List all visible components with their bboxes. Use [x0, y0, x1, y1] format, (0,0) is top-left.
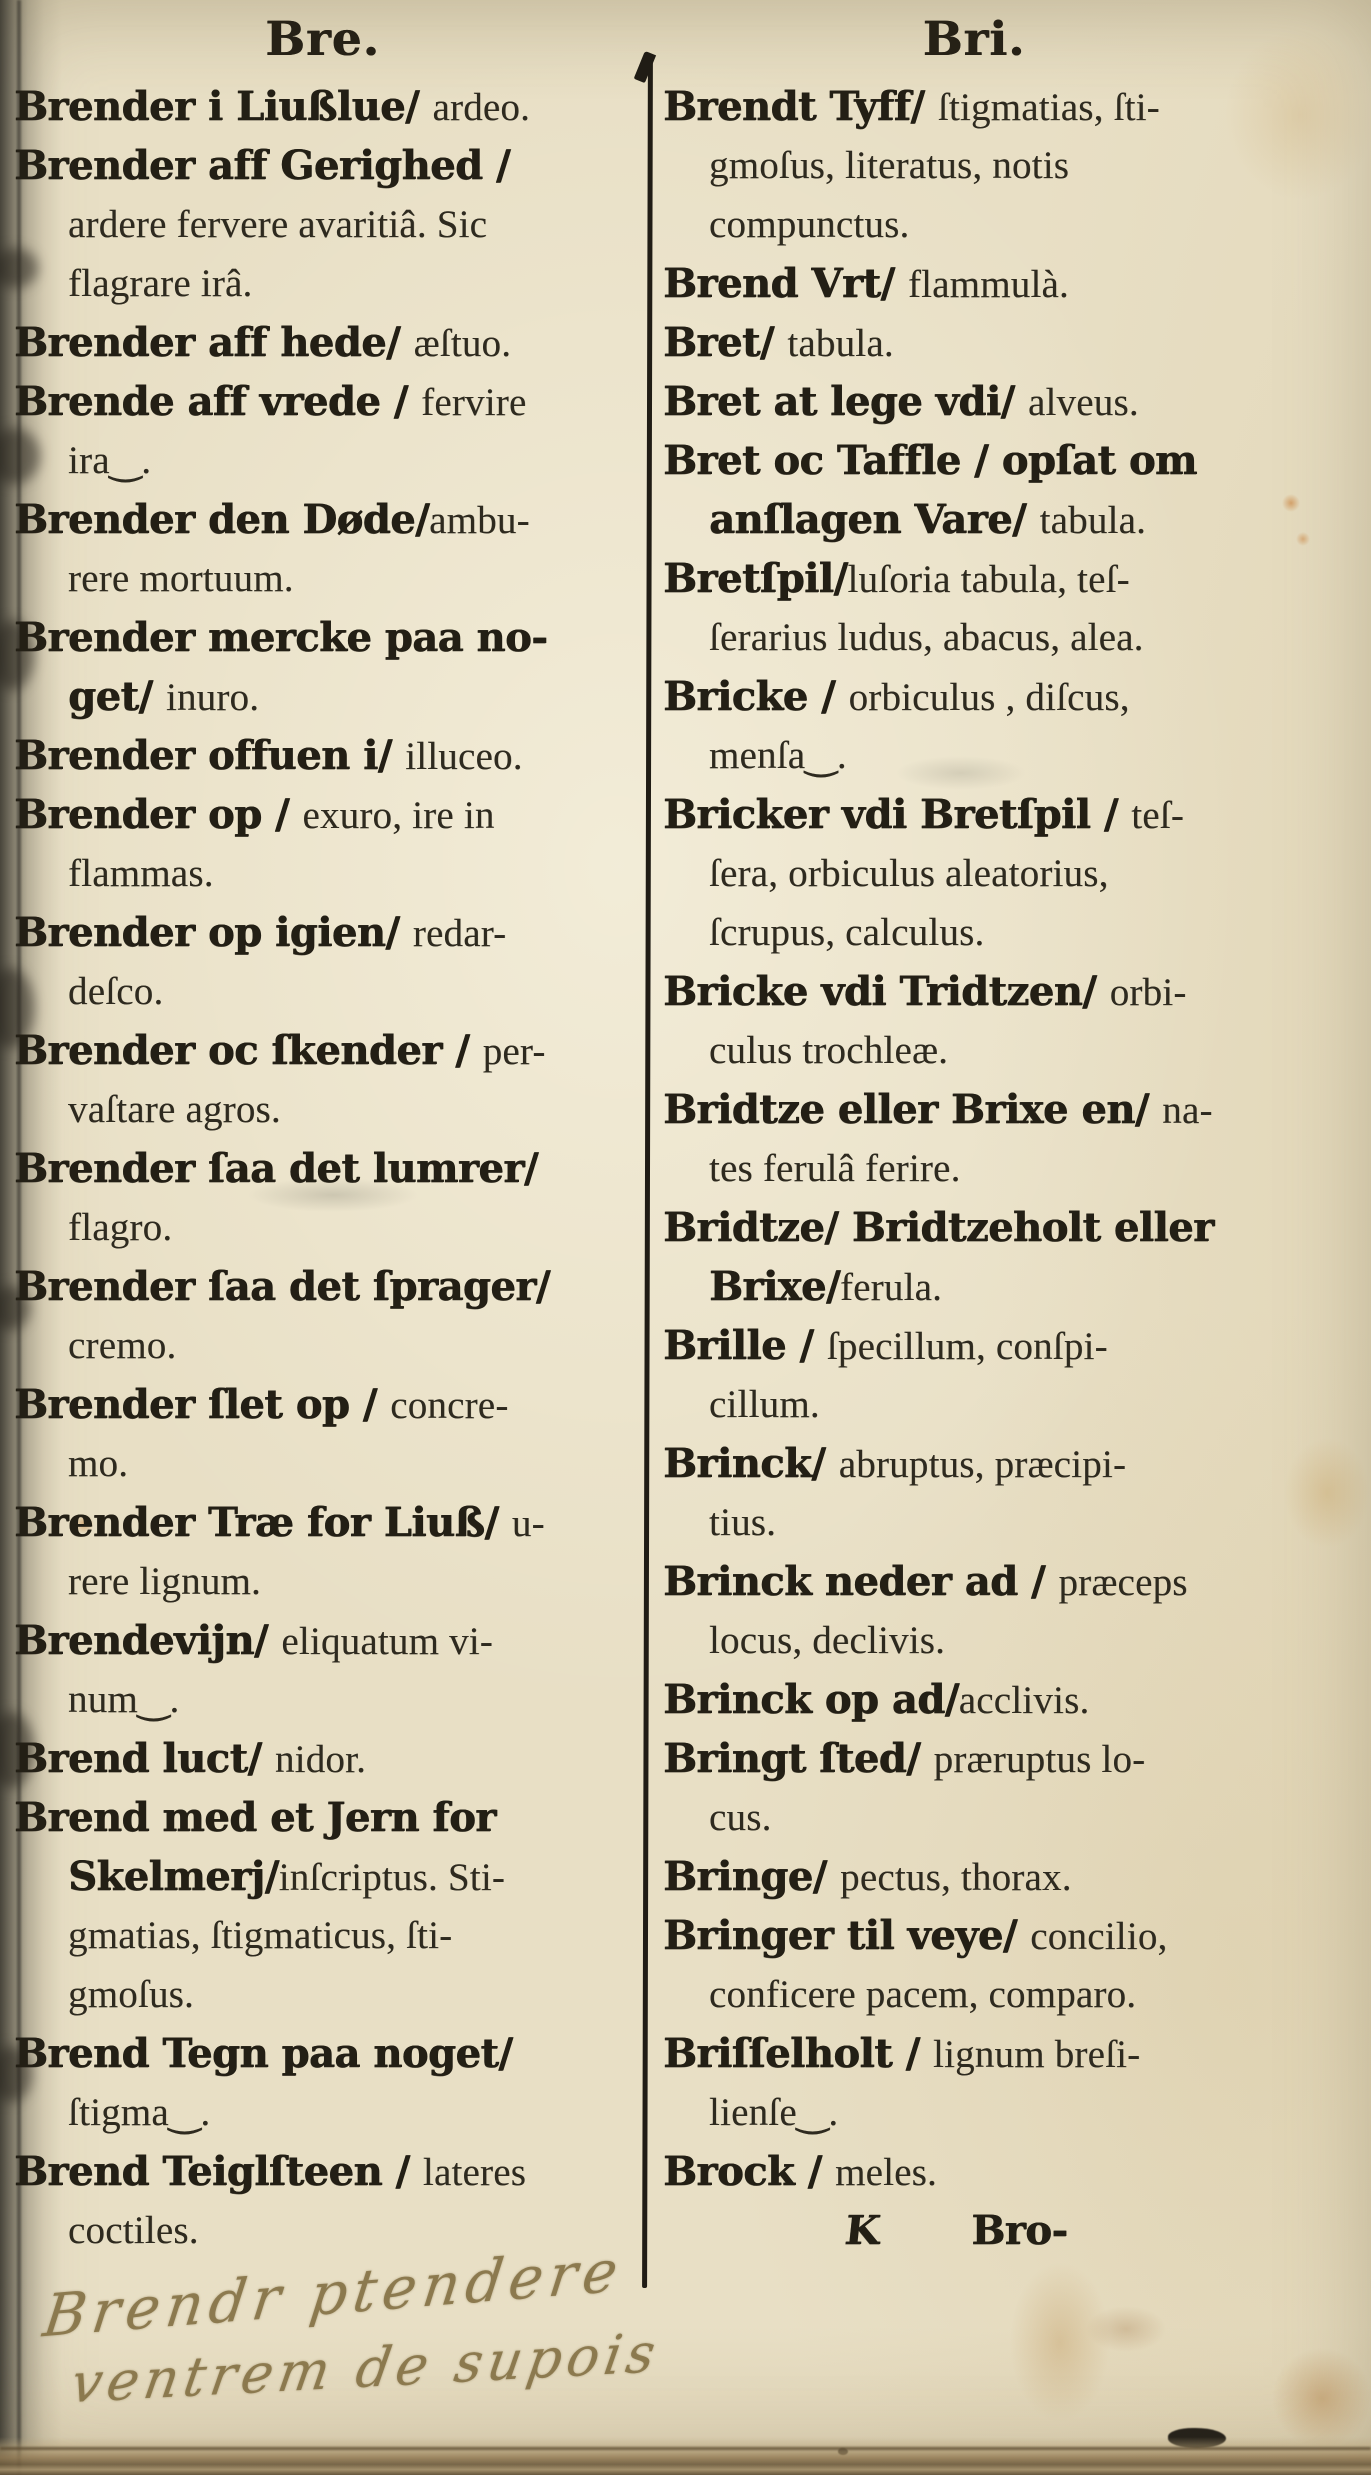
entry-line: Bricke / orbiculus , diſcus, [663, 667, 1369, 726]
entry-line: Brender aff Gerighed / [14, 136, 658, 195]
entry-line: Brender offuen i/ illuceo. [14, 726, 658, 785]
gloss-segment: tabula. [1040, 499, 1146, 542]
headword-segment: Bringer til veye/ [663, 1912, 1030, 1959]
headword-segment: Brender offuen i/ [14, 732, 405, 779]
headword-segment: Brendevijn/ [14, 1617, 281, 1664]
headword-segment: Brender i Liußlue/ [14, 83, 433, 130]
gloss-segment: menſa‿. [709, 734, 847, 777]
entry-line: Brend Tegn paa noget/ [14, 2024, 658, 2083]
dictionary-entry: Brender aff hede/ æſtuo. [14, 313, 658, 372]
dictionary-entry: Bret at lege vdi/ alveus. [663, 372, 1369, 431]
dictionary-entry: Brend luct/ nidor. [14, 1729, 658, 1788]
dictionary-entry: Brender mercke paa no-get/ inuro. [14, 608, 658, 726]
entry-line: gmoſus. [14, 1965, 658, 2024]
entry-line: Brender i Liußlue/ ardeo. [14, 77, 658, 136]
entry-line: Brender aff hede/ æſtuo. [14, 313, 658, 372]
entry-line: culus trochleæ. [663, 1021, 1369, 1080]
entry-line: ſcrupus, calculus. [663, 903, 1369, 962]
dictionary-entry: Brender op igien/ redar-deſco. [14, 903, 658, 1021]
gloss-segment: illuceo. [405, 735, 522, 778]
headword-segment: Brock / [663, 2148, 835, 2195]
headword-segment: Bret/ [663, 319, 787, 366]
dictionary-entry: Bricke / orbiculus , diſcus,menſa‿. [663, 667, 1369, 785]
headword-segment: get/ [68, 673, 166, 720]
entry-line: Brender ſaa det ſprager/ [14, 1257, 658, 1316]
gloss-segment: ardere fervere avaritiâ. Sic [68, 203, 487, 246]
gloss-segment: orbi- [1110, 971, 1187, 1014]
gloss-segment: ira‿. [68, 439, 151, 482]
gloss-segment: flagrare irâ. [68, 262, 252, 305]
entry-line: get/ inuro. [14, 667, 658, 726]
entry-line: Brender ſlet op / concre- [14, 1375, 658, 1434]
entry-line: cremo. [14, 1316, 658, 1375]
dictionary-entry: Brendt Tyff/ ſtigmatias, ſti-gmoſus, lit… [663, 77, 1369, 254]
gloss-segment: fervire [421, 381, 526, 424]
dictionary-entry: Briſſelholt / lignum breſi-lienſe‿. [663, 2024, 1369, 2142]
entry-line: anſlagen Vare/ tabula. [663, 490, 1369, 549]
gloss-segment: alveus. [1028, 381, 1139, 424]
entry-line: Brendt Tyff/ ſtigmatias, ſti- [663, 77, 1369, 136]
headword-segment: Brendt Tyff/ [663, 83, 938, 130]
gloss-segment: lateres [423, 2151, 526, 2194]
gloss-segment: per- [483, 1030, 546, 1073]
entry-line: Brender op / exuro, ire in [14, 785, 658, 844]
entry-line: Bridtze/ Bridtzeholt eller [663, 1198, 1369, 1257]
gloss-segment: lienſe‿. [709, 2091, 838, 2134]
headword-segment: Bricke vdi Tridtzen/ [663, 968, 1110, 1015]
entry-line: Bret/ tabula. [663, 313, 1369, 372]
headword-segment: Brinck op ad/ [663, 1676, 959, 1723]
dictionary-entry: Brender op / exuro, ire inflammas. [14, 785, 658, 903]
gloss-segment: locus, declivis. [709, 1619, 945, 1662]
entry-line: ardere fervere avaritiâ. Sic [14, 195, 658, 254]
gloss-segment: meles. [835, 2151, 937, 2194]
entry-line: Briſſelholt / lignum breſi- [663, 2024, 1369, 2083]
gloss-segment: cus. [709, 1796, 772, 1839]
dictionary-entry: Bridtze eller Brixe en/ na-tes ferulâ fe… [663, 1080, 1369, 1198]
entry-line: Brender op igien/ redar- [14, 903, 658, 962]
entry-line: Bringe/ pectus, thorax. [663, 1847, 1369, 1906]
dictionary-entry: Brender ſaa det lumrer/flagro. [14, 1139, 658, 1257]
entry-line: Brixe/ferula. [663, 1257, 1369, 1316]
column-header-left: Bre. [0, 12, 645, 70]
headword-segment: Brender Træ for Liuß/ [14, 1499, 512, 1546]
headword-segment: anſlagen Vare/ [709, 496, 1040, 543]
headword-segment: Brender op igien/ [14, 909, 413, 956]
foxing-stain [1010, 2262, 1110, 2422]
dictionary-entry: Brender den Døde/ambu-rere mortuum. [14, 490, 658, 608]
headword-segment: Brinck/ [663, 1440, 839, 1487]
entry-line: Brender ſaa det lumrer/ [14, 1139, 658, 1198]
gloss-segment: tabula. [787, 322, 893, 365]
dictionary-entry: Brinck neder ad / præcepslocus, declivis… [663, 1552, 1369, 1670]
headword-segment: Bret oc Taffle / opſat om [663, 437, 1197, 484]
entry-line: Brend luct/ nidor. [14, 1729, 658, 1788]
gloss-segment: na- [1162, 1089, 1212, 1132]
entry-line: Brinck/ abruptus, præcipi- [663, 1434, 1369, 1493]
dictionary-entry: Bricke vdi Tridtzen/ orbi-culus trochleæ… [663, 962, 1369, 1080]
entry-line: ſera, orbiculus aleatorius, [663, 844, 1369, 903]
entry-line: gmatias, ſtigmaticus, ſti- [14, 1906, 658, 1965]
gloss-segment: ſcrupus, calculus. [709, 911, 984, 954]
gloss-segment: ſerarius ludus, abacus, alea. [709, 616, 1144, 659]
dictionary-entry: Brender ſaa det ſprager/cremo. [14, 1257, 658, 1375]
gloss-segment: mo. [68, 1442, 128, 1485]
entry-line: Brock / meles. [663, 2142, 1369, 2201]
headword-segment: Bringe/ [663, 1853, 840, 1900]
gloss-segment: inſcriptus. Sti- [279, 1856, 505, 1899]
gloss-segment: luſoria tabula, teſ- [847, 558, 1129, 601]
entry-line: Bridtze eller Brixe en/ na- [663, 1080, 1369, 1139]
headword-segment: Bringt ſted/ [663, 1735, 934, 1782]
dictionary-entry: Brender aff Gerighed /ardere fervere ava… [14, 136, 658, 313]
dictionary-entry: Bricker vdi Bretſpil / teſ-ſera, orbicul… [663, 785, 1369, 962]
headword-segment: Bret at lege vdi/ [663, 378, 1028, 425]
dictionary-entry: Brille / ſpecillum, conſpi-cillum. [663, 1316, 1369, 1434]
entry-line: Brende aff vrede / fervire [14, 372, 658, 431]
entry-line: tes ferulâ ferire. [663, 1139, 1369, 1198]
gloss-segment: ſpecillum, conſpi- [827, 1325, 1108, 1368]
headword-segment: Brender oc ſkender / [14, 1027, 483, 1074]
headword-segment: Brend med et Jern for [14, 1794, 496, 1841]
dictionary-entry: Bret/ tabula. [663, 313, 1369, 372]
gloss-segment: concilio, [1030, 1915, 1167, 1958]
headword-segment: Brender aff Gerighed / [14, 142, 510, 189]
entry-line: Bret oc Taffle / opſat om [663, 431, 1369, 490]
gloss-segment: tes ferulâ ferire. [709, 1147, 961, 1190]
dictionary-entry: Brender Træ for Liuß/ u-rere lignum. [14, 1493, 658, 1611]
headword-segment: Brend luct/ [14, 1735, 275, 1782]
headword-segment: Bridtze eller Brixe en/ [663, 1086, 1162, 1133]
headword-segment: Brend Teiglſteen / [14, 2148, 423, 2195]
dictionary-entry: Brender i Liußlue/ ardeo. [14, 77, 658, 136]
entry-line: Bretſpil/luſoria tabula, teſ- [663, 549, 1369, 608]
entry-line: Brendevijn/ eliquatum vi- [14, 1611, 658, 1670]
headword-segment: Brende aff vrede / [14, 378, 421, 425]
catchword: Bro- [971, 2201, 1067, 2260]
entry-line: Bricke vdi Tridtzen/ orbi- [663, 962, 1369, 1021]
headword-segment: Brender mercke paa no- [14, 614, 547, 661]
gloss-segment: teſ- [1131, 794, 1184, 837]
entry-line: Brender Træ for Liuß/ u- [14, 1493, 658, 1552]
gloss-segment: præceps [1058, 1561, 1187, 1604]
dictionary-entry: Brendevijn/ eliquatum vi-num‿. [14, 1611, 658, 1729]
gloss-segment: nidor. [275, 1738, 366, 1781]
gloss-segment: acclivis. [959, 1679, 1090, 1722]
entry-line: Brend Teiglſteen / lateres [14, 2142, 658, 2201]
entry-line: Brille / ſpecillum, conſpi- [663, 1316, 1369, 1375]
headword-segment: Bretſpil/ [663, 555, 847, 602]
entry-line: compunctus. [663, 195, 1369, 254]
handwritten-annotation: Brendr ptendere ventrem de supois [44, 2282, 804, 2415]
entry-line: mo. [14, 1434, 658, 1493]
dictionary-entry: Bringer til veye/ concilio,conficere pac… [663, 1906, 1369, 2024]
gloss-segment: ſtigmatias, ſti- [938, 86, 1160, 129]
entry-line: cillum. [663, 1375, 1369, 1434]
headword-segment: Brender ſlet op / [14, 1381, 390, 1428]
gloss-segment: ſtigma‿. [68, 2091, 210, 2134]
entry-line: flagro. [14, 1198, 658, 1257]
headword-segment: Brixe/ [709, 1263, 840, 1310]
dictionary-entry: Brinck op ad/acclivis. [663, 1670, 1369, 1729]
dictionary-entry: Brinck/ abruptus, præcipi-tius. [663, 1434, 1369, 1552]
entry-line: Bringer til veye/ concilio, [663, 1906, 1369, 1965]
left-column: Brender i Liußlue/ ardeo.Brender aff Ger… [14, 77, 658, 2260]
dictionary-entry: Bridtze/ Bridtzeholt ellerBrixe/ferula. [663, 1198, 1369, 1316]
gloss-segment: lignum breſi- [933, 2033, 1140, 2076]
dictionary-entry: Brend Vrt/ flammulà. [663, 254, 1369, 313]
dictionary-entry: Bret oc Taffle / opſat omanſlagen Vare/ … [663, 431, 1369, 549]
entry-line: flagrare irâ. [14, 254, 658, 313]
headword-segment: Brender ſaa det lumrer/ [14, 1145, 538, 1192]
gloss-segment: compunctus. [709, 203, 909, 246]
entry-line: ſerarius ludus, abacus, alea. [663, 608, 1369, 667]
entry-line: rere lignum. [14, 1552, 658, 1611]
entry-line: Brender mercke paa no- [14, 608, 658, 667]
entry-line: Brinck op ad/acclivis. [663, 1670, 1369, 1729]
gloss-segment: eliquatum vi- [281, 1620, 493, 1663]
gloss-segment: orbiculus , diſcus, [849, 676, 1130, 719]
dictionary-entry: Brender oc ſkender / per-vaſtare agros. [14, 1021, 658, 1139]
gloss-segment: ſera, orbiculus aleatorius, [709, 852, 1109, 895]
entry-line: Brend med et Jern for [14, 1788, 658, 1847]
headword-segment: Bridtze/ Bridtzeholt eller [663, 1204, 1214, 1251]
entry-line: flammas. [14, 844, 658, 903]
dictionary-entry: Bringt ſted/ præruptus lo-cus. [663, 1729, 1369, 1847]
right-column: Brendt Tyff/ ſtigmatias, ſti-gmoſus, lit… [663, 77, 1369, 2260]
gloss-segment: redar- [413, 912, 507, 955]
headword-segment: Brender aff hede/ [14, 319, 414, 366]
gloss-segment: cillum. [709, 1383, 820, 1426]
headword-segment: Brille / [663, 1322, 827, 1369]
gloss-segment: rere mortuum. [68, 557, 294, 600]
entry-line: ira‿. [14, 431, 658, 490]
gloss-segment: gmoſus, literatus, notis [709, 144, 1069, 187]
gloss-segment: culus trochleæ. [709, 1029, 948, 1072]
gloss-segment: æſtuo. [414, 322, 512, 365]
entry-line: Brender oc ſkender / per- [14, 1021, 658, 1080]
entry-line: Brinck neder ad / præceps [663, 1552, 1369, 1611]
dictionary-entry: Brender ſlet op / concre-mo. [14, 1375, 658, 1493]
dictionary-entry: Brend med et Jern forSkelmerj/inſcriptus… [14, 1788, 658, 2024]
gloss-segment: flammulà. [908, 263, 1069, 306]
entry-line: deſco. [14, 962, 658, 1021]
dictionary-entry: Bretſpil/luſoria tabula, teſ-ſerarius lu… [663, 549, 1369, 667]
gloss-segment: tius. [709, 1501, 776, 1544]
entry-line: Skelmerj/inſcriptus. Sti- [14, 1847, 658, 1906]
entry-line: tius. [663, 1493, 1369, 1552]
entry-line: conficere pacem, comparo. [663, 1965, 1369, 2024]
headword-segment: Brend Vrt/ [663, 260, 908, 307]
gloss-segment: ardeo. [433, 86, 531, 129]
quire-signature-mark: K [842, 2201, 882, 2260]
headword-segment: Brinck neder ad / [663, 1558, 1058, 1605]
column-header-right: Bri. [664, 12, 1284, 70]
page-bottom-edge [0, 2437, 1371, 2475]
gloss-segment: rere lignum. [68, 1560, 261, 1603]
headword-segment: Brend Tegn paa noget/ [14, 2030, 512, 2077]
gloss-segment: u- [512, 1502, 545, 1545]
foxing-stain [1086, 2306, 1166, 2352]
book-page-scan: Bre. Bri. Brender i Liußlue/ ardeo.Brend… [0, 0, 1371, 2475]
gloss-segment: ferula. [840, 1266, 942, 1309]
gloss-segment: inuro. [166, 676, 259, 719]
entry-line: Brend Vrt/ flammulà. [663, 254, 1369, 313]
headword-segment: Brender ſaa det ſprager/ [14, 1263, 550, 1310]
entry-line: cus. [663, 1788, 1369, 1847]
entry-line: gmoſus, literatus, notis [663, 136, 1369, 195]
gloss-segment: præruptus lo- [934, 1738, 1146, 1781]
headword-segment: Bricker vdi Bretſpil / [663, 791, 1131, 838]
gloss-segment: concre- [390, 1384, 508, 1427]
dictionary-entry: Brock / meles. [663, 2142, 1369, 2201]
headword-segment: Bricke / [663, 673, 849, 720]
entry-line: num‿. [14, 1670, 658, 1729]
dictionary-entry: Brend Tegn paa noget/ſtigma‿. [14, 2024, 658, 2142]
gloss-segment: flammas. [68, 852, 214, 895]
headword-segment: Brender op / [14, 791, 302, 838]
gloss-segment: vaſtare agros. [68, 1088, 281, 1131]
entry-line: menſa‿. [663, 726, 1369, 785]
entry-line: locus, declivis. [663, 1611, 1369, 1670]
entry-line: lienſe‿. [663, 2083, 1369, 2142]
gloss-segment: num‿. [68, 1678, 179, 1721]
dictionary-entry: Bringe/ pectus, thorax. [663, 1847, 1369, 1906]
foxing-stain [1272, 2348, 1371, 2448]
gloss-segment: flagro. [68, 1206, 172, 1249]
entry-line: ſtigma‿. [14, 2083, 658, 2142]
gloss-segment: ambu- [429, 499, 530, 542]
gloss-segment: abruptus, præcipi- [839, 1443, 1126, 1486]
dictionary-entry: Brende aff vrede / fervireira‿. [14, 372, 658, 490]
entry-line: Bringt ſted/ præruptus lo- [663, 1729, 1369, 1788]
entry-line: Bricker vdi Bretſpil / teſ- [663, 785, 1369, 844]
entry-line: Brender den Døde/ambu- [14, 490, 658, 549]
gloss-segment: pectus, thorax. [840, 1856, 1072, 1899]
gloss-segment: gmoſus. [68, 1973, 194, 2016]
entry-line: Bret at lege vdi/ alveus. [663, 372, 1369, 431]
entry-line: rere mortuum. [14, 549, 658, 608]
headword-segment: Briſſelholt / [663, 2030, 933, 2077]
gloss-segment: gmatias, ſtigmaticus, ſti- [68, 1914, 452, 1957]
headword-segment: Skelmerj/ [68, 1853, 279, 1900]
gloss-segment: exuro, ire in [302, 794, 494, 837]
gloss-segment: conficere pacem, comparo. [709, 1973, 1136, 2016]
entry-line: vaſtare agros. [14, 1080, 658, 1139]
gloss-segment: cremo. [68, 1324, 176, 1367]
headword-segment: Brender den Døde/ [14, 496, 429, 543]
gloss-segment: deſco. [68, 970, 163, 1013]
dictionary-entry: Brender offuen i/ illuceo. [14, 726, 658, 785]
gloss-segment: coctiles. [68, 2209, 199, 2252]
